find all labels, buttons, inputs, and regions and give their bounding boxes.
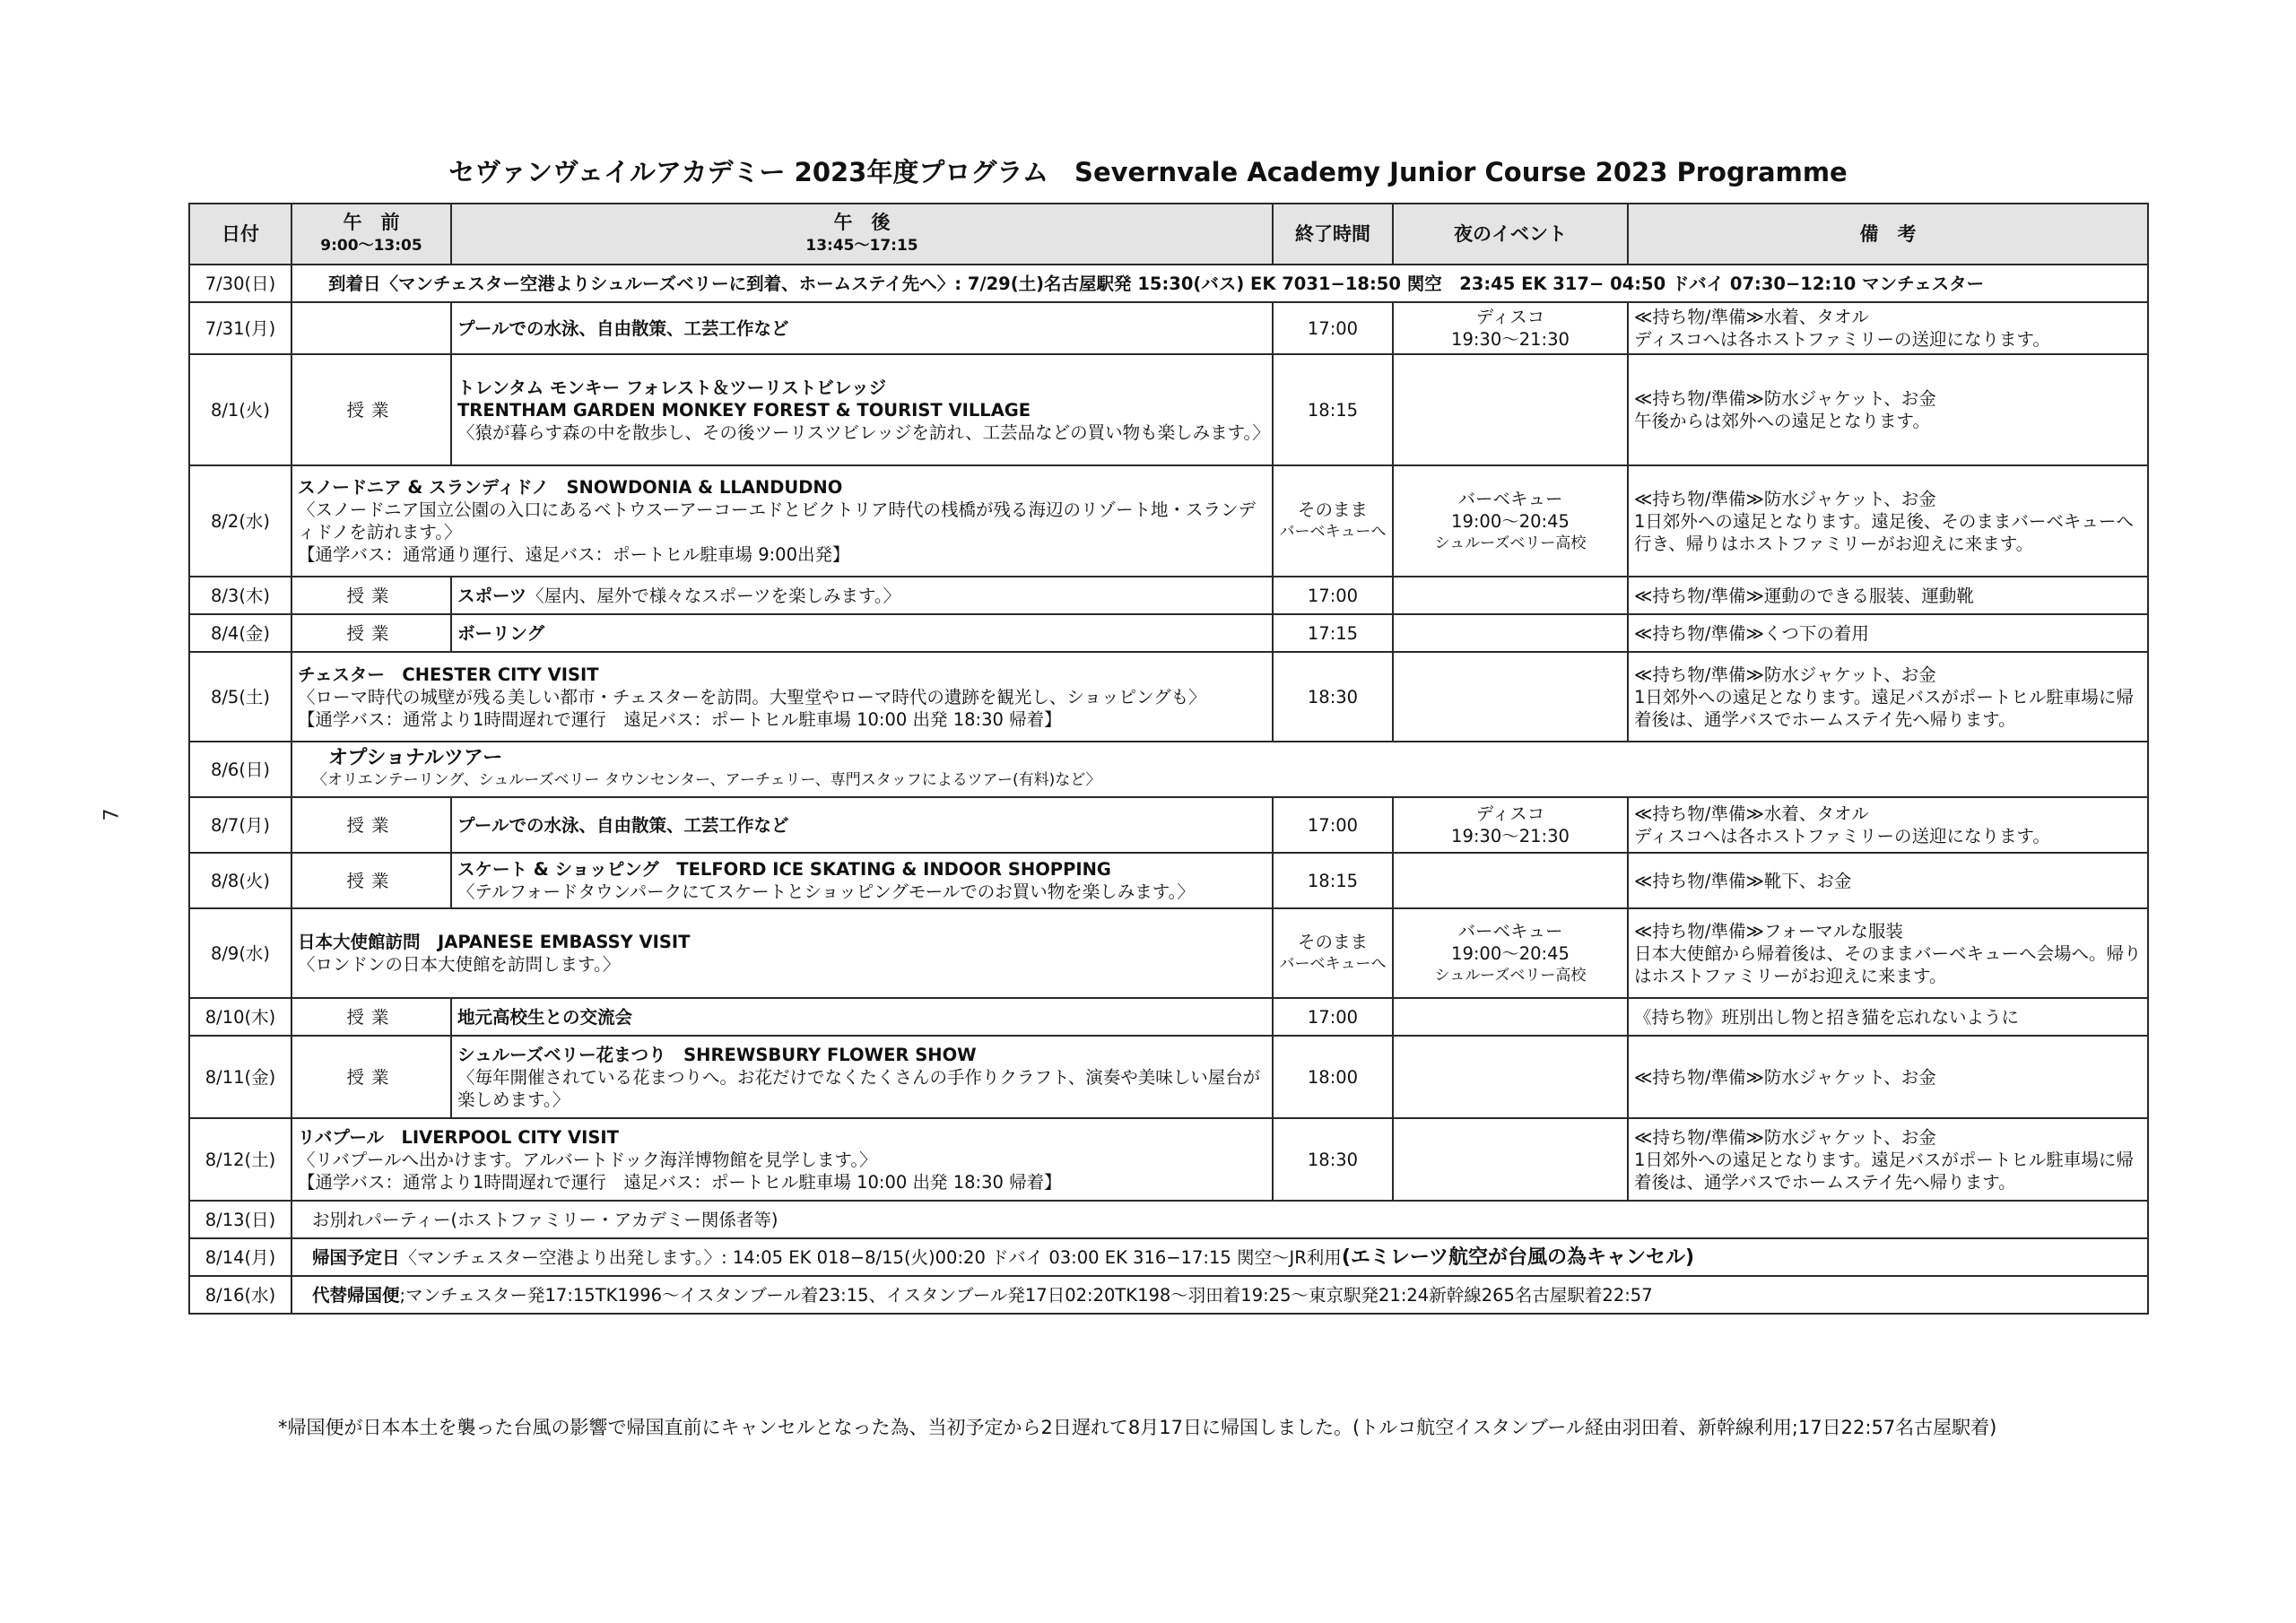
notes-line: ≪持ち物/準備≫防水ジャケット、お金 <box>1634 1126 2142 1149</box>
am-cell: 授業 <box>291 797 451 853</box>
table-row: 8/16(水)代替帰国便;マンチェスター発17:15TK1996～イスタンブール… <box>189 1276 2148 1314</box>
date-cell: 8/14(月) <box>189 1238 291 1276</box>
notes-cell: ≪持ち物/準備≫運動のできる服装、運動靴 <box>1628 577 2148 614</box>
am-cell: 授業 <box>291 853 451 908</box>
table-row: 8/5(土)チェスター CHESTER CITY VISIT〈ローマ時代の城壁が… <box>189 652 2148 742</box>
end-time-cell: 18:15 <box>1273 354 1393 465</box>
activity-title: プールでの水泳、自由散策、工芸工作など <box>457 317 1266 340</box>
table-row: 8/1(火)授業トレンタム モンキー フォレスト＆ツーリストビレッジTRENTH… <box>189 354 2148 465</box>
notes-line: 1日郊外への遠足となります。遠足後、そのままバーベキューへ行き、帰りはホストファ… <box>1634 510 2142 555</box>
date-cell: 7/31(月) <box>189 302 291 354</box>
notes-line: 午後からは郊外への遠足となります。 <box>1634 410 2142 432</box>
activity-detail: TRENTHAM GARDEN MONKEY FOREST & TOURIST … <box>457 399 1266 421</box>
activity-cell: チェスター CHESTER CITY VISIT〈ローマ時代の城壁が残る美しい都… <box>291 652 1273 742</box>
table-row: 8/12(土)リバプール LIVERPOOL CITY VISIT〈リバプールへ… <box>189 1118 2148 1201</box>
table-row: 8/11(金)授業シュルーズベリー花まつり SHREWSBURY FLOWER … <box>189 1036 2148 1118</box>
night-event-line: ディスコ <box>1399 803 1622 825</box>
activity-inline-note: 〈屋内、屋外で様々なスポーツを楽しみます。〉 <box>526 586 900 606</box>
activity-detail: 〈ローマ時代の城壁が残る美しい都市・チェスターを訪問。大聖堂やローマ時代の遺跡を… <box>298 686 1266 708</box>
night-event-cell: バーベキュー19:00～20:45シュルーズベリー高校 <box>1393 465 1628 577</box>
end-time-line: バーベキューへ <box>1279 521 1387 543</box>
end-time-cell: 18:15 <box>1273 853 1393 908</box>
notes-cell: ≪持ち物/準備≫水着、タオルディスコへは各ホストファミリーの送迎になります。 <box>1628 797 2148 853</box>
activity-title: スポーツ〈屋内、屋外で様々なスポーツを楽しみます。〉 <box>457 585 1266 607</box>
night-event-cell: バーベキュー19:00～20:45シュルーズベリー高校 <box>1393 908 1628 998</box>
night-event-line: 19:30～21:30 <box>1399 825 1622 847</box>
table-row: 8/9(水)日本大使館訪問 JAPANESE EMBASSY VISIT〈ロンド… <box>189 908 2148 998</box>
activity-title: ボーリング <box>457 622 1266 645</box>
am-cell: 授業 <box>291 998 451 1036</box>
cell-text: 〈マンチェスター空港よりシュルーズベリーに到着、ホームステイ先へ〉: 7/29(… <box>381 273 1985 294</box>
header-am-label: 午 前 <box>298 211 445 234</box>
notes-line: 1日郊外への遠足となります。遠足バスがポートヒル駐車場に帰着後は、通学バスでホー… <box>1634 686 2142 731</box>
activity-cell: スポーツ〈屋内、屋外で様々なスポーツを楽しみます。〉 <box>451 577 1273 614</box>
notes-line: ≪持ち物/準備≫防水ジャケット、お金 <box>1634 1066 2142 1089</box>
date-cell: 8/6(日) <box>189 742 291 797</box>
night-event-cell <box>1393 1036 1628 1118</box>
activity-title: シュルーズベリー花まつり SHREWSBURY FLOWER SHOW <box>457 1044 1266 1066</box>
cell-title: 代替帰国便 <box>312 1285 400 1306</box>
date-cell: 8/1(火) <box>189 354 291 465</box>
end-time-cell: 17:00 <box>1273 797 1393 853</box>
activity-title-text: プールでの水泳、自由散策、工芸工作など <box>457 318 789 339</box>
notes-cell: ≪持ち物/準備≫防水ジャケット、お金1日郊外への遠足となります。遠足後、そのまま… <box>1628 465 2148 577</box>
night-event-line: 19:00～20:45 <box>1399 942 1622 965</box>
activity-cell: リバプール LIVERPOOL CITY VISIT〈リバプールへ出かけます。ア… <box>291 1118 1273 1201</box>
activity-title: 日本大使館訪問 JAPANESE EMBASSY VISIT <box>298 931 1266 953</box>
cell-description: 〈オリエンテーリング、シュルーズベリー タウンセンター、アーチェリー、専門スタッ… <box>312 769 2142 792</box>
night-event-line: バーベキュー <box>1399 488 1622 510</box>
date-cell: 8/8(火) <box>189 853 291 908</box>
full-width-cell: オプショナルツアー〈オリエンテーリング、シュルーズベリー タウンセンター、アーチ… <box>291 742 2148 797</box>
cell-title: 帰国予定日 <box>312 1247 400 1268</box>
night-event-cell <box>1393 354 1628 465</box>
activity-cell: プールでの水泳、自由散策、工芸工作など <box>451 302 1273 354</box>
date-cell: 8/16(水) <box>189 1276 291 1314</box>
notes-line: ディスコへは各ホストファミリーの送迎になります。 <box>1634 825 2142 847</box>
header-pm-label: 午 後 <box>457 211 1266 234</box>
activity-title: トレンタム モンキー フォレスト＆ツーリストビレッジ <box>457 377 1266 399</box>
am-cell: 授業 <box>291 354 451 465</box>
date-cell: 7/30(日) <box>189 265 291 302</box>
activity-title-text: リバプール LIVERPOOL CITY VISIT <box>298 1127 619 1148</box>
notes-cell: ≪持ち物/準備≫防水ジャケット、お金1日郊外への遠足となります。遠足バスがポート… <box>1628 652 2148 742</box>
header-date: 日付 <box>189 204 291 265</box>
table-row: 7/30(日)到着日〈マンチェスター空港よりシュルーズベリーに到着、ホームステイ… <box>189 265 2148 302</box>
notes-line: ≪持ち物/準備≫防水ジャケット、お金 <box>1634 664 2142 686</box>
cell-text: お別れパーティー(ホストファミリー・アカデミー関係者等) <box>312 1210 778 1230</box>
am-cell <box>291 302 451 354</box>
am-cell: 授業 <box>291 577 451 614</box>
night-event-cell <box>1393 652 1628 742</box>
cell-title: 到着日 <box>328 273 381 294</box>
notes-cell: ≪持ち物/準備≫くつ下の着用 <box>1628 614 2148 652</box>
night-event-cell <box>1393 577 1628 614</box>
page-title: セヴァンヴェイルアカデミー 2023年度プログラム Severnvale Aca… <box>0 152 2296 189</box>
activity-detail: 【通学バス：通常より1時間遅れで運行 遠足バス：ポートヒル駐車場 10:00 出… <box>298 708 1266 731</box>
am-cell: 授業 <box>291 614 451 652</box>
cell-text: 〈マンチェスター空港より出発します。〉: 14:05 EK 018−8/15(火… <box>400 1247 1342 1268</box>
night-event-line: シュルーズベリー高校 <box>1399 965 1622 987</box>
night-event-line: バーベキュー <box>1399 920 1622 942</box>
cell-text: ;マンチェスター発17:15TK1996～イスタンブール着23:15、イスタンブ… <box>400 1285 1653 1306</box>
date-cell: 8/13(日) <box>189 1201 291 1238</box>
date-cell: 8/9(水) <box>189 908 291 998</box>
activity-cell: 地元高校生との交流会 <box>451 998 1273 1036</box>
end-time-cell: 17:00 <box>1273 998 1393 1036</box>
activity-cell: プールでの水泳、自由散策、工芸工作など <box>451 797 1273 853</box>
notes-cell: ≪持ち物/準備≫靴下、お金 <box>1628 853 2148 908</box>
full-width-cell: 帰国予定日〈マンチェスター空港より出発します。〉: 14:05 EK 018−8… <box>291 1238 2148 1276</box>
end-time-line: そのまま <box>1279 931 1387 953</box>
cell-title: オプショナルツアー <box>312 747 2142 769</box>
activity-cell: トレンタム モンキー フォレスト＆ツーリストビレッジTRENTHAM GARDE… <box>451 354 1273 465</box>
night-event-line: シュルーズベリー高校 <box>1399 533 1622 555</box>
header-notes: 備 考 <box>1628 204 2148 265</box>
header-pm: 午 後13:45～17:15 <box>451 204 1273 265</box>
end-time-line: そのまま <box>1279 499 1387 521</box>
activity-detail: 〈スノードニア国立公園の入口にあるベトウスーアーコーエドとビクトリア時代の桟橋が… <box>298 499 1266 543</box>
notes-line: ≪持ち物/準備≫防水ジャケット、お金 <box>1634 387 2142 410</box>
activity-title-text: 地元高校生との交流会 <box>457 1007 632 1028</box>
end-time-cell: 18:30 <box>1273 652 1393 742</box>
activity-title: 地元高校生との交流会 <box>457 1006 1266 1028</box>
date-cell: 8/2(水) <box>189 465 291 577</box>
notes-cell: ≪持ち物/準備≫防水ジャケット、お金午後からは郊外への遠足となります。 <box>1628 354 2148 465</box>
notes-line: ≪持ち物/準備≫フォーマルな服装 <box>1634 920 2142 942</box>
end-time-cell: 17:00 <box>1273 302 1393 354</box>
end-time-cell: 17:00 <box>1273 577 1393 614</box>
end-time-cell: 18:30 <box>1273 1118 1393 1201</box>
notes-line: 1日郊外への遠足となります。遠足バスがポートヒル駐車場に帰着後は、通学バスでホー… <box>1634 1149 2142 1193</box>
notes-cell: ≪持ち物/準備≫水着、タオルディスコへは各ホストファミリーの送迎になります。 <box>1628 302 2148 354</box>
notes-line: 《持ち物》班別出し物と招き猫を忘れないように <box>1634 1006 2142 1028</box>
cancel-note: (エミレーツ航空が台風の為キャンセル) <box>1342 1246 1694 1269</box>
activity-detail: 【通学バス：通常より1時間遅れで運行 遠足バス：ポートヒル駐車場 10:00 出… <box>298 1171 1266 1193</box>
night-event-cell <box>1393 1118 1628 1201</box>
header-night-event: 夜のイベント <box>1393 204 1628 265</box>
full-width-cell: 代替帰国便;マンチェスター発17:15TK1996～イスタンブール着23:15、… <box>291 1276 2148 1314</box>
table-row: 8/14(月)帰国予定日〈マンチェスター空港より出発します。〉: 14:05 E… <box>189 1238 2148 1276</box>
notes-line: 日本大使館から帰着後は、そのままバーベキューへ会場へ。帰りはホストファミリーがお… <box>1634 942 2142 987</box>
activity-title-text: トレンタム モンキー フォレスト＆ツーリストビレッジ <box>457 378 886 398</box>
notes-line: ≪持ち物/準備≫運動のできる服装、運動靴 <box>1634 585 2142 607</box>
night-event-cell <box>1393 853 1628 908</box>
full-width-cell: お別れパーティー(ホストファミリー・アカデミー関係者等) <box>291 1201 2148 1238</box>
end-time-cell: 18:00 <box>1273 1036 1393 1118</box>
date-cell: 8/4(金) <box>189 614 291 652</box>
table-row: 8/2(水)スノードニア & スランディドノ SNOWDONIA & LLAND… <box>189 465 2148 577</box>
activity-cell: ボーリング <box>451 614 1273 652</box>
activity-detail: 〈猿が暮らす森の中を散歩し、その後ツーリスツビレッジを訪れ、工芸品などの買い物も… <box>457 421 1266 444</box>
page-number-mark: 7 <box>101 809 124 821</box>
table-row: 8/6(日)オプショナルツアー〈オリエンテーリング、シュルーズベリー タウンセン… <box>189 742 2148 797</box>
notes-cell: ≪持ち物/準備≫フォーマルな服装日本大使館から帰着後は、そのままバーベキューへ会… <box>1628 908 2148 998</box>
activity-title: チェスター CHESTER CITY VISIT <box>298 664 1266 686</box>
activity-cell: シュルーズベリー花まつり SHREWSBURY FLOWER SHOW〈毎年開催… <box>451 1036 1273 1118</box>
am-cell: 授業 <box>291 1036 451 1118</box>
table-row: 8/3(木)授業スポーツ〈屋内、屋外で様々なスポーツを楽しみます。〉17:00≪… <box>189 577 2148 614</box>
activity-title-text: スノードニア & スランディドノ SNOWDONIA & LLANDUDNO <box>298 477 842 498</box>
notes-line: ディスコへは各ホストファミリーの送迎になります。 <box>1634 328 2142 351</box>
notes-line: ≪持ち物/準備≫水着、タオル <box>1634 306 2142 328</box>
notes-line: ≪持ち物/準備≫くつ下の着用 <box>1634 622 2142 645</box>
activity-detail: 〈ロンドンの日本大使館を訪問します。〉 <box>298 953 1266 976</box>
table-row: 8/13(日)お別れパーティー(ホストファミリー・アカデミー関係者等) <box>189 1201 2148 1238</box>
date-cell: 8/10(木) <box>189 998 291 1036</box>
activity-detail: 【通学バス：通常通り運行、遠足バス：ポートヒル駐車場 9:00出発】 <box>298 543 1266 566</box>
end-time-cell: 17:15 <box>1273 614 1393 652</box>
end-time-cell: そのままバーベキューへ <box>1273 465 1393 577</box>
end-time-cell: そのままバーベキューへ <box>1273 908 1393 998</box>
date-cell: 8/3(木) <box>189 577 291 614</box>
date-cell: 8/12(土) <box>189 1118 291 1201</box>
notes-cell: ≪持ち物/準備≫防水ジャケット、お金 <box>1628 1036 2148 1118</box>
activity-title-text: チェスター CHESTER CITY VISIT <box>298 664 599 685</box>
activity-title-text: スポーツ <box>457 586 526 606</box>
night-event-cell: ディスコ19:30～21:30 <box>1393 302 1628 354</box>
end-time-line: バーベキューへ <box>1279 953 1387 976</box>
table-row: 8/8(火)授業スケート & ショッピング TELFORD ICE SKATIN… <box>189 853 2148 908</box>
table-row: 8/4(金)授業ボーリング17:15≪持ち物/準備≫くつ下の着用 <box>189 614 2148 652</box>
activity-detail: 〈リバプールへ出かけます。アルバートドック海洋博物館を見学します。〉 <box>298 1149 1266 1171</box>
activity-title-text: シュルーズベリー花まつり SHREWSBURY FLOWER SHOW <box>457 1045 977 1065</box>
footnote: *帰国便が日本本土を襲った台風の影響で帰国直前にキャンセルとなった為、当初予定か… <box>278 1413 1996 1440</box>
activity-title-text: 日本大使館訪問 JAPANESE EMBASSY VISIT <box>298 932 690 952</box>
header-am: 午 前9:00～13:05 <box>291 204 451 265</box>
activity-title: プールでの水泳、自由散策、工芸工作など <box>457 814 1266 837</box>
night-event-cell <box>1393 998 1628 1036</box>
activity-cell: スノードニア & スランディドノ SNOWDONIA & LLANDUDNO〈ス… <box>291 465 1273 577</box>
notes-line: ≪持ち物/準備≫水着、タオル <box>1634 803 2142 825</box>
header-end-time: 終了時間 <box>1273 204 1393 265</box>
activity-title: スノードニア & スランディドノ SNOWDONIA & LLANDUDNO <box>298 476 1266 499</box>
activity-title: スケート & ショッピング TELFORD ICE SKATING & INDO… <box>457 858 1266 881</box>
notes-line: ≪持ち物/準備≫防水ジャケット、お金 <box>1634 488 2142 510</box>
night-event-cell <box>1393 614 1628 652</box>
activity-title-text: スケート & ショッピング TELFORD ICE SKATING & INDO… <box>457 859 1111 880</box>
night-event-line: 19:00～20:45 <box>1399 510 1622 533</box>
date-cell: 8/5(土) <box>189 652 291 742</box>
activity-cell: 日本大使館訪問 JAPANESE EMBASSY VISIT〈ロンドンの日本大使… <box>291 908 1273 998</box>
activity-detail: 〈毎年開催されている花まつりへ。お花だけでなくたくさんの手作りクラフト、演奏や美… <box>457 1066 1266 1111</box>
activity-title: リバプール LIVERPOOL CITY VISIT <box>298 1126 1266 1149</box>
table-header-row: 日付 午 前9:00～13:05 午 後13:45～17:15 終了時間 夜のイ… <box>189 204 2148 265</box>
date-cell: 8/11(金) <box>189 1036 291 1118</box>
notes-line: ≪持ち物/準備≫靴下、お金 <box>1634 870 2142 892</box>
table-row: 8/10(木)授業地元高校生との交流会17:00《持ち物》班別出し物と招き猫を忘… <box>189 998 2148 1036</box>
table-row: 7/31(月)プールでの水泳、自由散策、工芸工作など17:00ディスコ19:30… <box>189 302 2148 354</box>
night-event-line: ディスコ <box>1399 306 1622 328</box>
full-width-cell: 到着日〈マンチェスター空港よりシュルーズベリーに到着、ホームステイ先へ〉: 7/… <box>291 265 2148 302</box>
notes-cell: ≪持ち物/準備≫防水ジャケット、お金1日郊外への遠足となります。遠足バスがポート… <box>1628 1118 2148 1201</box>
notes-cell: 《持ち物》班別出し物と招き猫を忘れないように <box>1628 998 2148 1036</box>
activity-cell: スケート & ショッピング TELFORD ICE SKATING & INDO… <box>451 853 1273 908</box>
date-cell: 8/7(月) <box>189 797 291 853</box>
header-pm-time: 13:45～17:15 <box>457 234 1266 257</box>
activity-title-text: ボーリング <box>457 623 544 644</box>
table-row: 8/7(月)授業プールでの水泳、自由散策、工芸工作など17:00ディスコ19:3… <box>189 797 2148 853</box>
night-event-cell: ディスコ19:30～21:30 <box>1393 797 1628 853</box>
activity-title-text: プールでの水泳、自由散策、工芸工作など <box>457 815 789 836</box>
night-event-line: 19:30～21:30 <box>1399 328 1622 351</box>
header-am-time: 9:00～13:05 <box>298 234 445 257</box>
activity-detail: 〈テルフォードタウンパークにてスケートとショッピングモールでのお買い物を楽しみま… <box>457 881 1266 903</box>
programme-table: 日付 午 前9:00～13:05 午 後13:45～17:15 終了時間 夜のイ… <box>188 203 2149 1315</box>
